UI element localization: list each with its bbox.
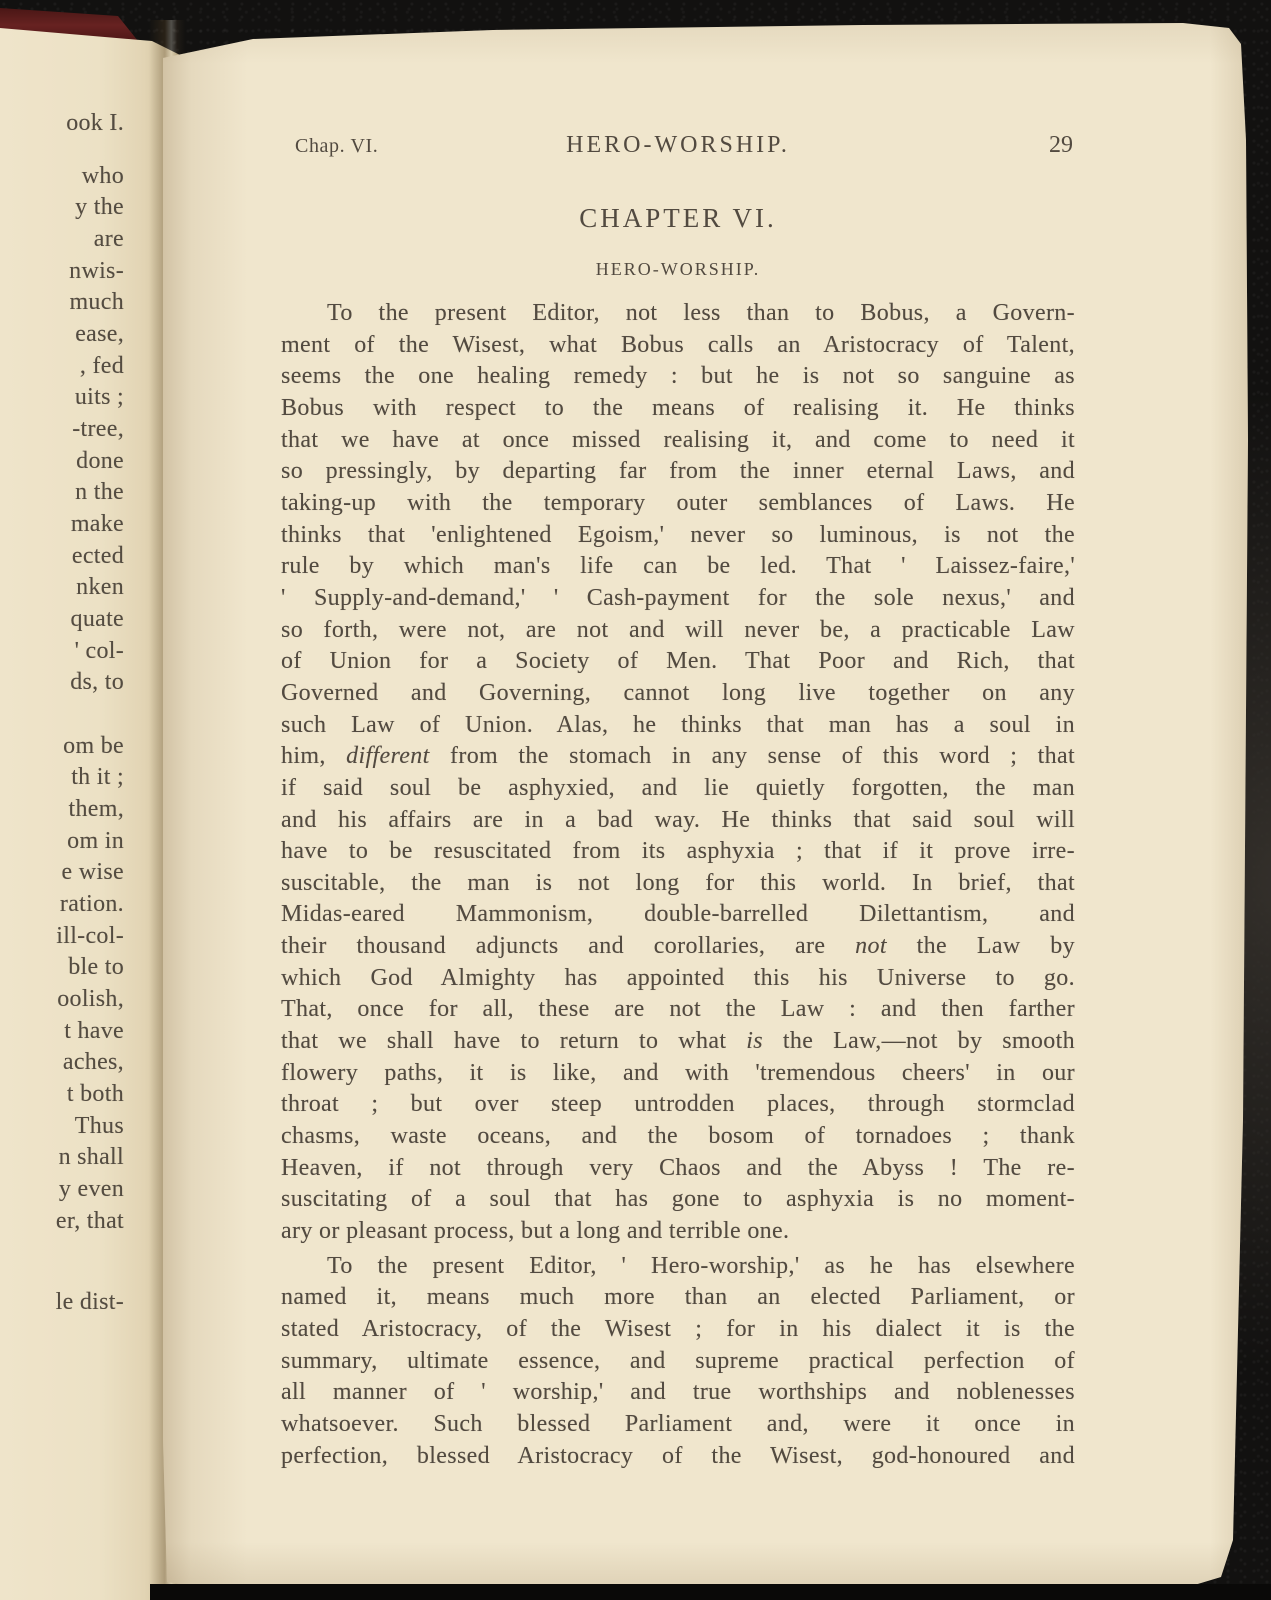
text-line: ' Supply-and-demand,' ' Cash-payment for… <box>281 583 1075 615</box>
text-line: him, different from the stomach in any s… <box>281 741 1075 773</box>
text-line: named it, means much more than an electe… <box>281 1282 1075 1314</box>
page-number: 29 <box>1049 132 1073 159</box>
page-bottom-shadow <box>150 1584 1271 1600</box>
text-line: flowery paths, it is like, and with 'tre… <box>281 1058 1075 1090</box>
text-line: seems the one healing remedy : but he is… <box>281 361 1075 393</box>
text-line: throat ; but over steep untrodden places… <box>281 1089 1075 1121</box>
facing-page-line: n shall <box>0 1142 124 1174</box>
facing-page-line: ill-col- <box>0 921 124 953</box>
text-line: Midas-eared Mammonism, double-barrelled … <box>281 899 1075 931</box>
facing-page-line: ook I. <box>0 108 124 140</box>
facing-page-line: quate <box>0 604 124 636</box>
text-line: such Law of Union. Alas, he thinks that … <box>281 710 1075 742</box>
text-line: Bobus with respect to the means of reali… <box>281 393 1075 425</box>
text-line: rule by which man's life can be led. Tha… <box>281 551 1075 583</box>
text-line: so pressingly, by departing far from the… <box>281 456 1075 488</box>
facing-page-line: t both <box>0 1079 124 1111</box>
running-header: Chap. VI. HERO-WORSHIP. 29 <box>281 132 1075 162</box>
facing-page-line: th it ; <box>0 762 124 794</box>
paragraph: To the present Editor, not less than to … <box>281 298 1075 1248</box>
text-line: perfection, blessed Aristocracy of the W… <box>281 1441 1075 1473</box>
text-line: have to be resuscitated from its asphyxi… <box>281 836 1075 868</box>
text-line: all manner of ' worship,' and true worth… <box>281 1377 1075 1409</box>
text-line: so forth, were not, are not and will nev… <box>281 615 1075 647</box>
chapter-heading: CHAPTER VI. <box>281 203 1075 234</box>
facing-page-line: ds, to <box>0 667 124 699</box>
text-line: taking-up with the temporary outer sembl… <box>281 488 1075 520</box>
text-line: Governed and Governing, cannot long live… <box>281 678 1075 710</box>
text-line: whatsoever. Such blessed Parliament and,… <box>281 1409 1075 1441</box>
facing-page-line: are <box>0 224 124 256</box>
facing-page-line: ease, <box>0 319 124 351</box>
facing-page-line: make <box>0 509 124 541</box>
text-line: their thousand adjuncts and corollaries,… <box>281 931 1075 963</box>
facing-page-line: n the <box>0 477 124 509</box>
chapter-subheading: HERO-WORSHIP. <box>281 259 1075 280</box>
facing-page-line: -tree, <box>0 414 124 446</box>
text-line: Heaven, if not through very Chaos and th… <box>281 1153 1075 1185</box>
facing-page-line: y the <box>0 192 124 224</box>
text-line: which God Almighty has appointed this hi… <box>281 963 1075 995</box>
text-line: suscitating of a soul that has gone to a… <box>281 1184 1075 1216</box>
facing-page-line: them, <box>0 794 124 826</box>
facing-page-line: ble to <box>0 952 124 984</box>
text-line: chasms, waste oceans, and the bosom of t… <box>281 1121 1075 1153</box>
facing-page-line: who <box>0 161 124 193</box>
text-line: thinks that 'enlightened Egoism,' never … <box>281 520 1075 552</box>
text-line: ary or pleasant process, but a long and … <box>281 1216 1075 1248</box>
text-line: ment of the Wisest, what Bobus calls an … <box>281 330 1075 362</box>
text-line: of Union for a Society of Men. That Poor… <box>281 646 1075 678</box>
paragraph: To the present Editor, ' Hero-worship,' … <box>281 1251 1075 1473</box>
body-text: To the present Editor, not less than to … <box>281 298 1075 1472</box>
book-photograph: ook I.whoy thearenwis-muchease,, feduits… <box>0 0 1271 1600</box>
facing-page-line: le dist- <box>0 1287 124 1319</box>
facing-page-line: done <box>0 446 124 478</box>
facing-page-line: y even <box>0 1174 124 1206</box>
text-line: To the present Editor, not less than to … <box>281 298 1075 330</box>
text-line: that we shall have to return to what is … <box>281 1026 1075 1058</box>
facing-page-line: Thus <box>0 1111 124 1143</box>
facing-page-line: ected <box>0 541 124 573</box>
facing-page-line: aches, <box>0 1047 124 1079</box>
facing-page-line: much <box>0 287 124 319</box>
text-line: that we have at once missed realising it… <box>281 425 1075 457</box>
text-line: and his affairs are in a bad way. He thi… <box>281 805 1075 837</box>
text-line: summary, ultimate essence, and supreme p… <box>281 1346 1075 1378</box>
text-line: That, once for all, these are not the La… <box>281 994 1075 1026</box>
facing-page-line: er, that <box>0 1206 124 1238</box>
facing-page-line: e wise <box>0 857 124 889</box>
facing-page-line: nken <box>0 572 124 604</box>
text-line: stated Aristocracy, of the Wisest ; for … <box>281 1314 1075 1346</box>
facing-page-line: ration. <box>0 889 124 921</box>
facing-page-line: , fed <box>0 351 124 383</box>
facing-page-line: uits ; <box>0 382 124 414</box>
facing-page-line: t have <box>0 1016 124 1048</box>
facing-page-line: oolish, <box>0 984 124 1016</box>
facing-page-line: nwis- <box>0 256 124 288</box>
book-page: Chap. VI. HERO-WORSHIP. 29 CHAPTER VI. H… <box>163 20 1248 1590</box>
facing-page-line: ' col- <box>0 636 124 668</box>
text-line: suscitable, the man is not long for this… <box>281 868 1075 900</box>
facing-page-line: om in <box>0 826 124 858</box>
facing-page-line: om be <box>0 731 124 763</box>
running-header-title: HERO-WORSHIP. <box>281 132 1075 159</box>
running-header-chapter: Chap. VI. <box>295 135 378 158</box>
text-line: if said soul be asphyxied, and lie quiet… <box>281 773 1075 805</box>
text-line: To the present Editor, ' Hero-worship,' … <box>281 1251 1075 1283</box>
